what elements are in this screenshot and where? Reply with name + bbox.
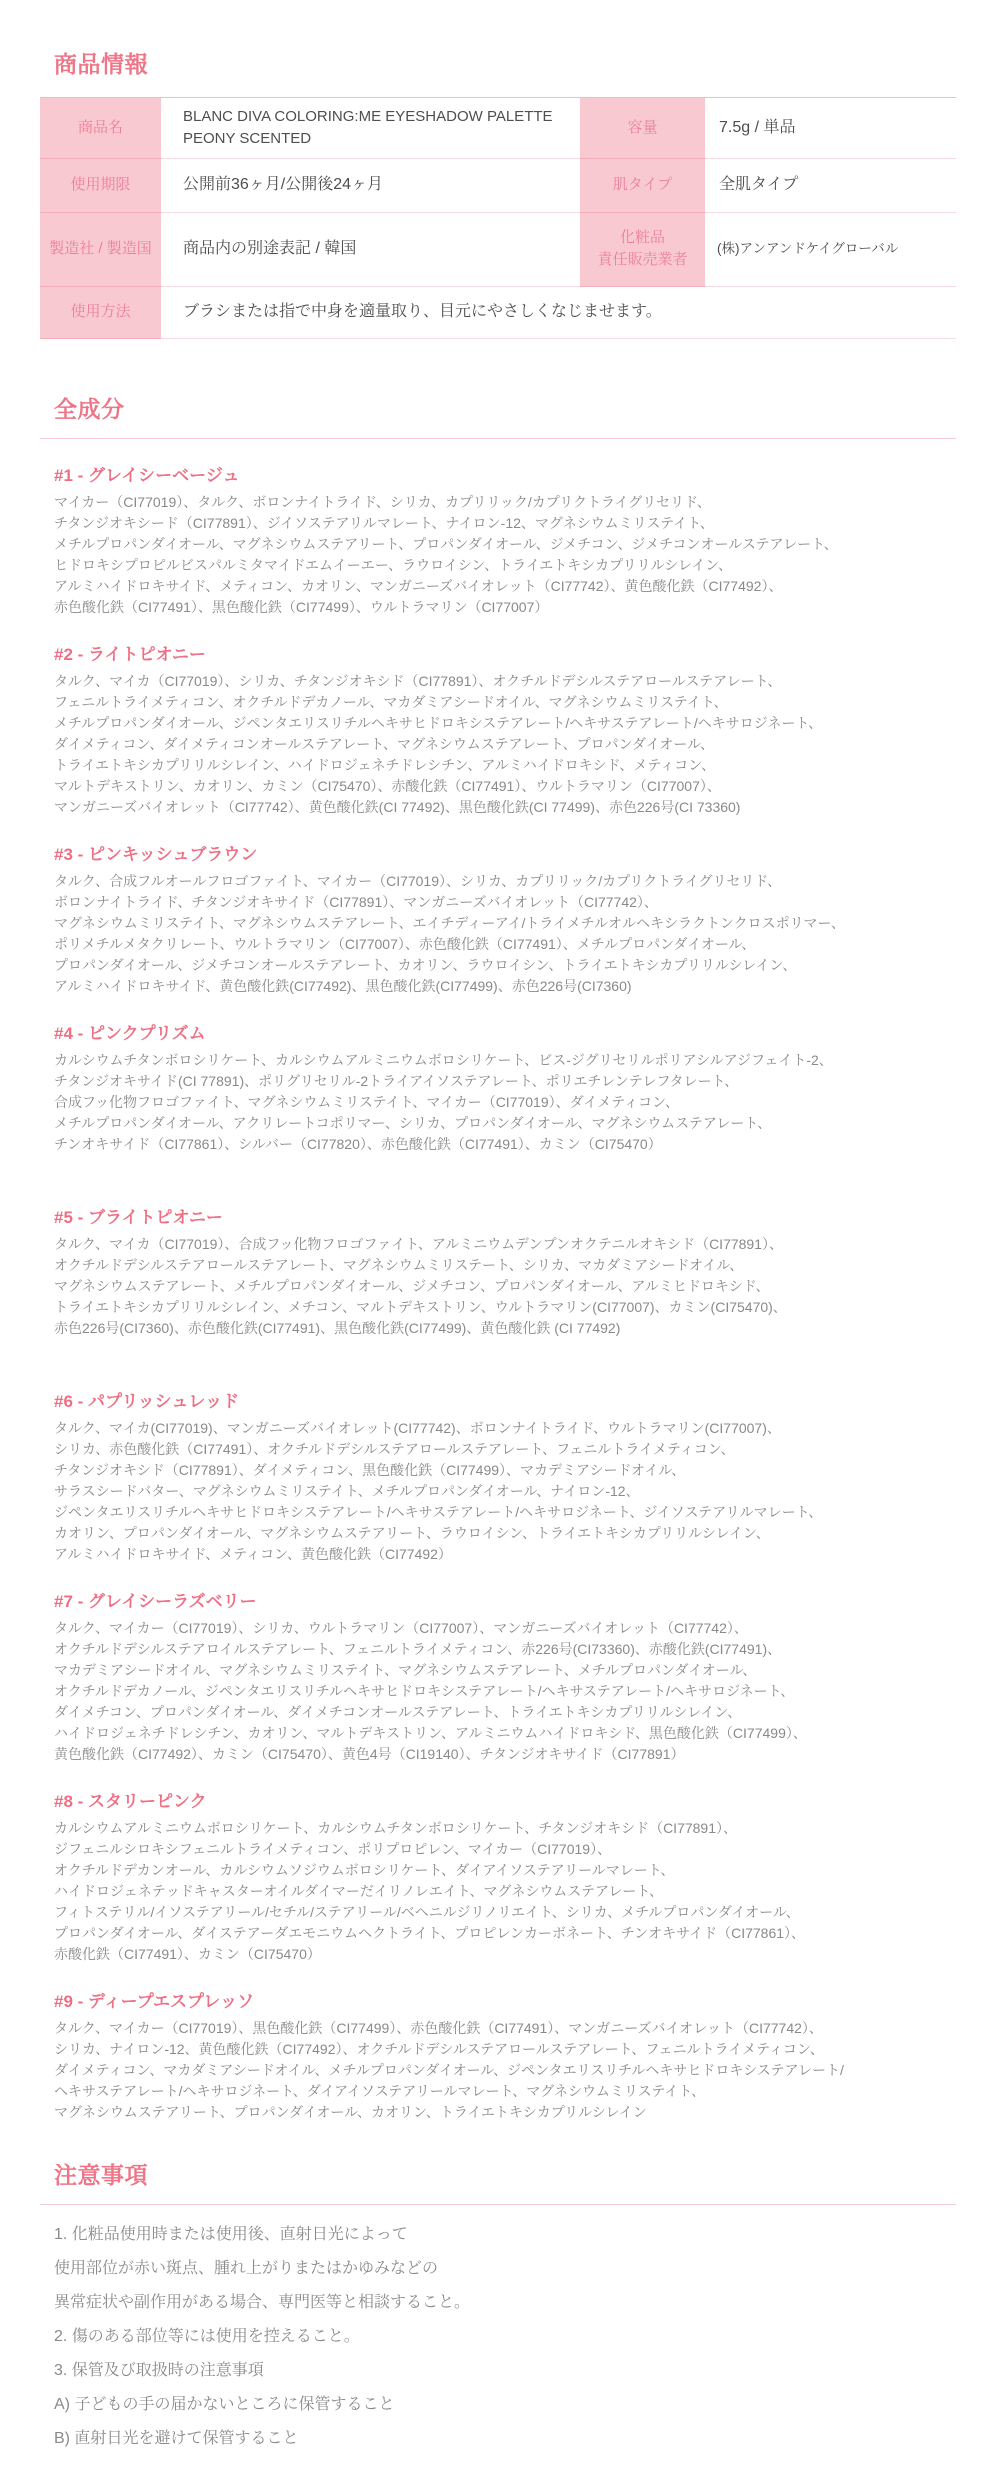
ingredient-line: ジフェニルシロキシフェニルトライメティコン、ポリプロピレン、マイカー（CI770… (54, 1839, 956, 1860)
precaution-line: 2. 傷のある部位等には使用を控えること。 (54, 2325, 956, 2348)
precaution-line: 3. 保管及び取扱時の注意事項 (54, 2359, 956, 2382)
value-manufacturer: 商品内の別途表記 / 韓国 (161, 213, 580, 287)
ingredient-line: 赤色酸化鉄（CI77491）、黒色酸化鉄（CI77499）、ウルトラマリン（CI… (54, 597, 956, 618)
ingredient-line: チタンジオキシド（CI77891）、ダイメティコン、黒色酸化鉄（CI77499）… (54, 1460, 956, 1481)
ingredient-line: マグネシウムミリステイト、マグネシウムステアレート、エイチディーアイ/トライメチ… (54, 913, 956, 934)
ingredient-line: オクチルドデカンオール、カルシウムソジウムボロシリケート、ダイアイソステアリール… (54, 1860, 956, 1881)
ingredient-line: マイカー（CI77019）、タルク、ボロンナイトライド、シリカ、カプリリック/カ… (54, 492, 956, 513)
ingredient-group-title: #9 - ディープエスプレッソ (54, 1987, 956, 2012)
label-expiration: 使用期限 (40, 159, 161, 213)
ingredient-line: アルミハイドロキサイド、メティコン、カオリン、マンガニーズバイオレット（CI77… (54, 576, 956, 597)
precaution-line: 1. 化粧品使用時または使用後、直射日光によって (54, 2223, 956, 2246)
ingredient-line: オクチルドデシルステアロールステアレート、マグネシウムミリステート、シリカ、マカ… (54, 1255, 956, 1276)
ingredient-line: アルミハイドロキサイド、メティコン、黄色酸化鉄（CI77492） (54, 1544, 956, 1565)
ingredient-line: チンオキサイド（CI77861）、シルバー（CI77820）、赤色酸化鉄（CI7… (54, 1134, 956, 1155)
ingredient-group-title: #1 - グレイシーベージュ (54, 461, 956, 486)
precaution-line: B) 直射日光を避けて保管すること (54, 2427, 956, 2450)
product-info-title: 商品情報 (54, 46, 956, 79)
value-skin-type: 全肌タイプ (705, 159, 956, 213)
ingredient-line: シリカ、ナイロン-12、黄色酸化鉄（CI77492）、オクチルドデシルステアロー… (54, 2039, 956, 2060)
ingredient-line: 黄色酸化鉄（CI77492）、カミン（CI75470）、黄色4号（CI19140… (54, 1744, 956, 1765)
label-manufacturer: 製造社 / 製造国 (40, 213, 161, 287)
ingredient-line: タルク、マイカー（CI77019）、シリカ、ウルトラマリン（CI77007）、マ… (54, 1618, 956, 1639)
label-responsible-seller: 化粧品 責任販売業者 (580, 213, 705, 287)
ingredient-group-title: #3 - ピンキッシュブラウン (54, 840, 956, 865)
value-product-name: BLANC DIVA COLORING:ME EYESHADOW PALETTE… (161, 98, 580, 159)
ingredient-group-1: #1 - グレイシーベージュマイカー（CI77019）、タルク、ボロンナイトライ… (54, 461, 956, 618)
ingredient-group-title: #6 - パプリッシュレッド (54, 1387, 956, 1412)
ingredient-group-5: #5 - ブライトピオニータルク、マイカ（CI77019）、合成フッ化物フロゴフ… (54, 1203, 956, 1339)
ingredient-line: ハイドロジェネテッドキャスターオイルダイマーだイリノレエイト、マグネシウムステア… (54, 1881, 956, 1902)
precaution-line: A) 子どもの手の届かないところに保管すること (54, 2393, 956, 2416)
ingredient-group-4: #4 - ピンクプリズムカルシウムチタンボロシリケート、カルシウムアルミニウムボ… (54, 1019, 956, 1155)
ingredients-divider (40, 438, 956, 439)
precaution-line: 異常症状や副作用がある場合、専門医等と相談すること。 (54, 2291, 956, 2314)
ingredient-group-2: #2 - ライトピオニータルク、マイカ（CI77019）、シリカ、チタンジオキシ… (54, 640, 956, 818)
ingredient-line: カオリン、プロパンダイオール、マグネシウムステアリート、ラウロイシン、トライエト… (54, 1523, 956, 1544)
ingredient-line: ボロンナイトライド、チタンジオキサイド（CI77891）、マンガニーズバイオレッ… (54, 892, 956, 913)
label-product-name: 商品名 (40, 98, 161, 159)
ingredient-line: チタンジオキサイド(CI 77891)、ポリグリセリル-2トライアイソステアレー… (54, 1071, 956, 1092)
ingredient-line: シリカ、赤色酸化鉄（CI77491）、オクチルドデシルステアロールステアレート、… (54, 1439, 956, 1460)
ingredient-line: ハイドロジェネチドレシチン、カオリン、マルトデキストリン、アルミニウムハイドロキ… (54, 1723, 956, 1744)
ingredient-groups: #1 - グレイシーベージュマイカー（CI77019）、タルク、ボロンナイトライ… (54, 461, 956, 2123)
ingredient-group-7: #7 - グレイシーラズベリータルク、マイカー（CI77019）、シリカ、ウルト… (54, 1587, 956, 1765)
table-row: 商品名 BLANC DIVA COLORING:ME EYESHADOW PAL… (40, 98, 956, 159)
precautions-divider (40, 2204, 956, 2205)
ingredient-group-8: #8 - スタリーピンクカルシウムアルミニウムボロシリケート、カルシウムチタンボ… (54, 1787, 956, 1965)
ingredient-group-title: #2 - ライトピオニー (54, 640, 956, 665)
precautions-title: 注意事項 (54, 2157, 956, 2190)
value-expiration: 公開前36ヶ月/公開後24ヶ月 (161, 159, 580, 213)
table-row: 使用期限 公開前36ヶ月/公開後24ヶ月 肌タイプ 全肌タイプ (40, 159, 956, 213)
ingredient-line: 赤酸化鉄（CI77491）、カミン（CI75470） (54, 1944, 956, 1965)
ingredient-line: 合成フッ化物フロゴファイト、マグネシウムミリステイト、マイカー（CI77019）… (54, 1092, 956, 1113)
ingredient-line: カルシウムアルミニウムボロシリケート、カルシウムチタンボロシリケート、チタンジオ… (54, 1818, 956, 1839)
ingredient-group-9: #9 - ディープエスプレッソタルク、マイカー（CI77019）、黒色酸化鉄（C… (54, 1987, 956, 2123)
ingredient-line: ヘキサステアレート/ヘキサロジネート、ダイアイソステアリールマレート、マグネシウ… (54, 2081, 956, 2102)
page-container: 商品情報 商品名 BLANC DIVA COLORING:ME EYESHADO… (0, 0, 996, 2491)
ingredient-line: アルミハイドロキサイド、黄色酸化鉄(CI77492)、黒色酸化鉄(CI77499… (54, 976, 956, 997)
ingredient-line: メチルプロパンダイオール、アクリレートコポリマー、シリカ、プロパンダイオール、マ… (54, 1113, 956, 1134)
ingredient-line: マグネシウムステアレート、メチルプロパンダイオール、ジメチコン、プロパンダイオー… (54, 1276, 956, 1297)
ingredient-line: タルク、マイカ（CI77019）、合成フッ化物フロゴファイト、アルミニウムデンプ… (54, 1234, 956, 1255)
ingredient-line: ポリメチルメタクリレート、ウルトラマリン（CI77007）、赤色酸化鉄（CI77… (54, 934, 956, 955)
ingredient-line: トライエトキシカプリリルシレイン、ハイドロジェネチドレシチン、アルミハイドロキシ… (54, 755, 956, 776)
ingredient-group-3: #3 - ピンキッシュブラウンタルク、合成フルオールフロゴファイト、マイカー（C… (54, 840, 956, 997)
ingredient-line: プロパンダイオール、ダイステアーダエモニウムヘクトライト、プロピレンカーボネート… (54, 1923, 956, 1944)
precaution-list: 1. 化粧品使用時または使用後、直射日光によって使用部位が赤い斑点、腫れ上がりま… (54, 2223, 956, 2450)
ingredient-line: フェニルトライメティコン、オクチルドデカノール、マカダミアシードオイル、マグネシ… (54, 692, 956, 713)
ingredient-group-6: #6 - パプリッシュレッドタルク、マイカ(CI77019)、マンガニーズバイオ… (54, 1387, 956, 1565)
ingredient-line: タルク、マイカ(CI77019)、マンガニーズバイオレット(CI77742)、ボ… (54, 1418, 956, 1439)
ingredient-line: 赤色226号(CI7360)、赤色酸化鉄(CI77491)、黒色酸化鉄(CI77… (54, 1318, 956, 1339)
ingredient-line: ダイメチコン、プロパンダイオール、ダイメチコンオールステアレート、トライエトキシ… (54, 1702, 956, 1723)
value-usage: ブラシまたは指で中身を適量取り、目元にやさしくなじませます。 (161, 287, 956, 339)
ingredients-title: 全成分 (54, 391, 956, 424)
label-usage: 使用方法 (40, 287, 161, 339)
ingredient-line: タルク、マイカー（CI77019）、黒色酸化鉄（CI77499）、赤色酸化鉄（C… (54, 2018, 956, 2039)
ingredient-line: メチルプロパンダイオール、ジペンタエリスリチルヘキサヒドロキシステアレート/ヘキ… (54, 713, 956, 734)
ingredient-line: オクチルドデカノール、ジペンタエリスリチルヘキサヒドロキシステアレート/ヘキサス… (54, 1681, 956, 1702)
ingredient-line: サラスシードバター、マグネシウムミリステイト、メチルプロパンダイオール、ナイロン… (54, 1481, 956, 1502)
precaution-line: 使用部位が赤い斑点、腫れ上がりまたはかゆみなどの (54, 2257, 956, 2280)
product-info-table: 商品名 BLANC DIVA COLORING:ME EYESHADOW PAL… (40, 97, 956, 339)
label-skin-type: 肌タイプ (580, 159, 705, 213)
ingredient-line: チタンジオキシード（CI77891）、ジイソステアリルマレート、ナイロン-12、… (54, 513, 956, 534)
ingredient-line: ヒドロキシプロピルビスパルミタマイドエムイーエー、ラウロイシン、トライエトキシカ… (54, 555, 956, 576)
ingredient-line: オクチルドデシルステアロイルステアレート、フェニルトライメティコン、赤226号(… (54, 1639, 956, 1660)
ingredient-line: フィトステリル/イソステアリール/セチル/ステアリール/ベヘニルジリノリエイト、… (54, 1902, 956, 1923)
ingredient-line: プロパンダイオール、ジメチコンオールステアレート、カオリン、ラウロイシン、トライ… (54, 955, 956, 976)
value-responsible-seller: (株)アンアンドケイグローバル (705, 213, 956, 287)
ingredient-line: タルク、マイカ（CI77019）、シリカ、チタンジオキシド（CI77891）、オ… (54, 671, 956, 692)
ingredient-line: マグネシウムステアリート、プロパンダイオール、カオリン、トライエトキシカプリルシ… (54, 2102, 956, 2123)
ingredient-line: ダイメティコン、ダイメティコンオールステアレート、マグネシウムステアレート、プロ… (54, 734, 956, 755)
ingredient-line: マカデミアシードオイル、マグネシウムミリステイト、マグネシウムステアレート、メチ… (54, 1660, 956, 1681)
ingredient-line: タルク、合成フルオールフロゴファイト、マイカー（CI77019）、シリカ、カプリ… (54, 871, 956, 892)
ingredient-line: トライエトキシカプリリルシレイン、メチコン、マルトデキストリン、ウルトラマリン(… (54, 1297, 956, 1318)
ingredient-line: ジペンタエリスリチルヘキサヒドロキシステアレート/ヘキサステアレート/ヘキサロジ… (54, 1502, 956, 1523)
ingredient-line: ダイメティコン、マカダミアシードオイル、メチルプロパンダイオール、ジペンタエリス… (54, 2060, 956, 2081)
table-row: 使用方法 ブラシまたは指で中身を適量取り、目元にやさしくなじませます。 (40, 287, 956, 339)
ingredient-line: カルシウムチタンボロシリケート、カルシウムアルミニウムボロシリケート、ビス-ジグ… (54, 1050, 956, 1071)
value-capacity: 7.5g / 単品 (705, 98, 956, 159)
ingredient-group-title: #7 - グレイシーラズベリー (54, 1587, 956, 1612)
ingredient-line: メチルプロパンダイオール、マグネシウムステアリート、プロパンダイオール、ジメチコ… (54, 534, 956, 555)
ingredient-group-title: #4 - ピンクプリズム (54, 1019, 956, 1044)
table-row: 製造社 / 製造国 商品内の別途表記 / 韓国 化粧品 責任販売業者 (株)アン… (40, 213, 956, 287)
ingredient-line: マルトデキストリン、カオリン、カミン（CI75470）、赤酸化鉄（CI77491… (54, 776, 956, 797)
label-capacity: 容量 (580, 98, 705, 159)
ingredient-group-title: #8 - スタリーピンク (54, 1787, 956, 1812)
ingredient-group-title: #5 - ブライトピオニー (54, 1203, 956, 1228)
ingredient-line: マンガニーズバイオレット（CI77742）、黄色酸化鉄(CI 77492)、黒色… (54, 797, 956, 818)
